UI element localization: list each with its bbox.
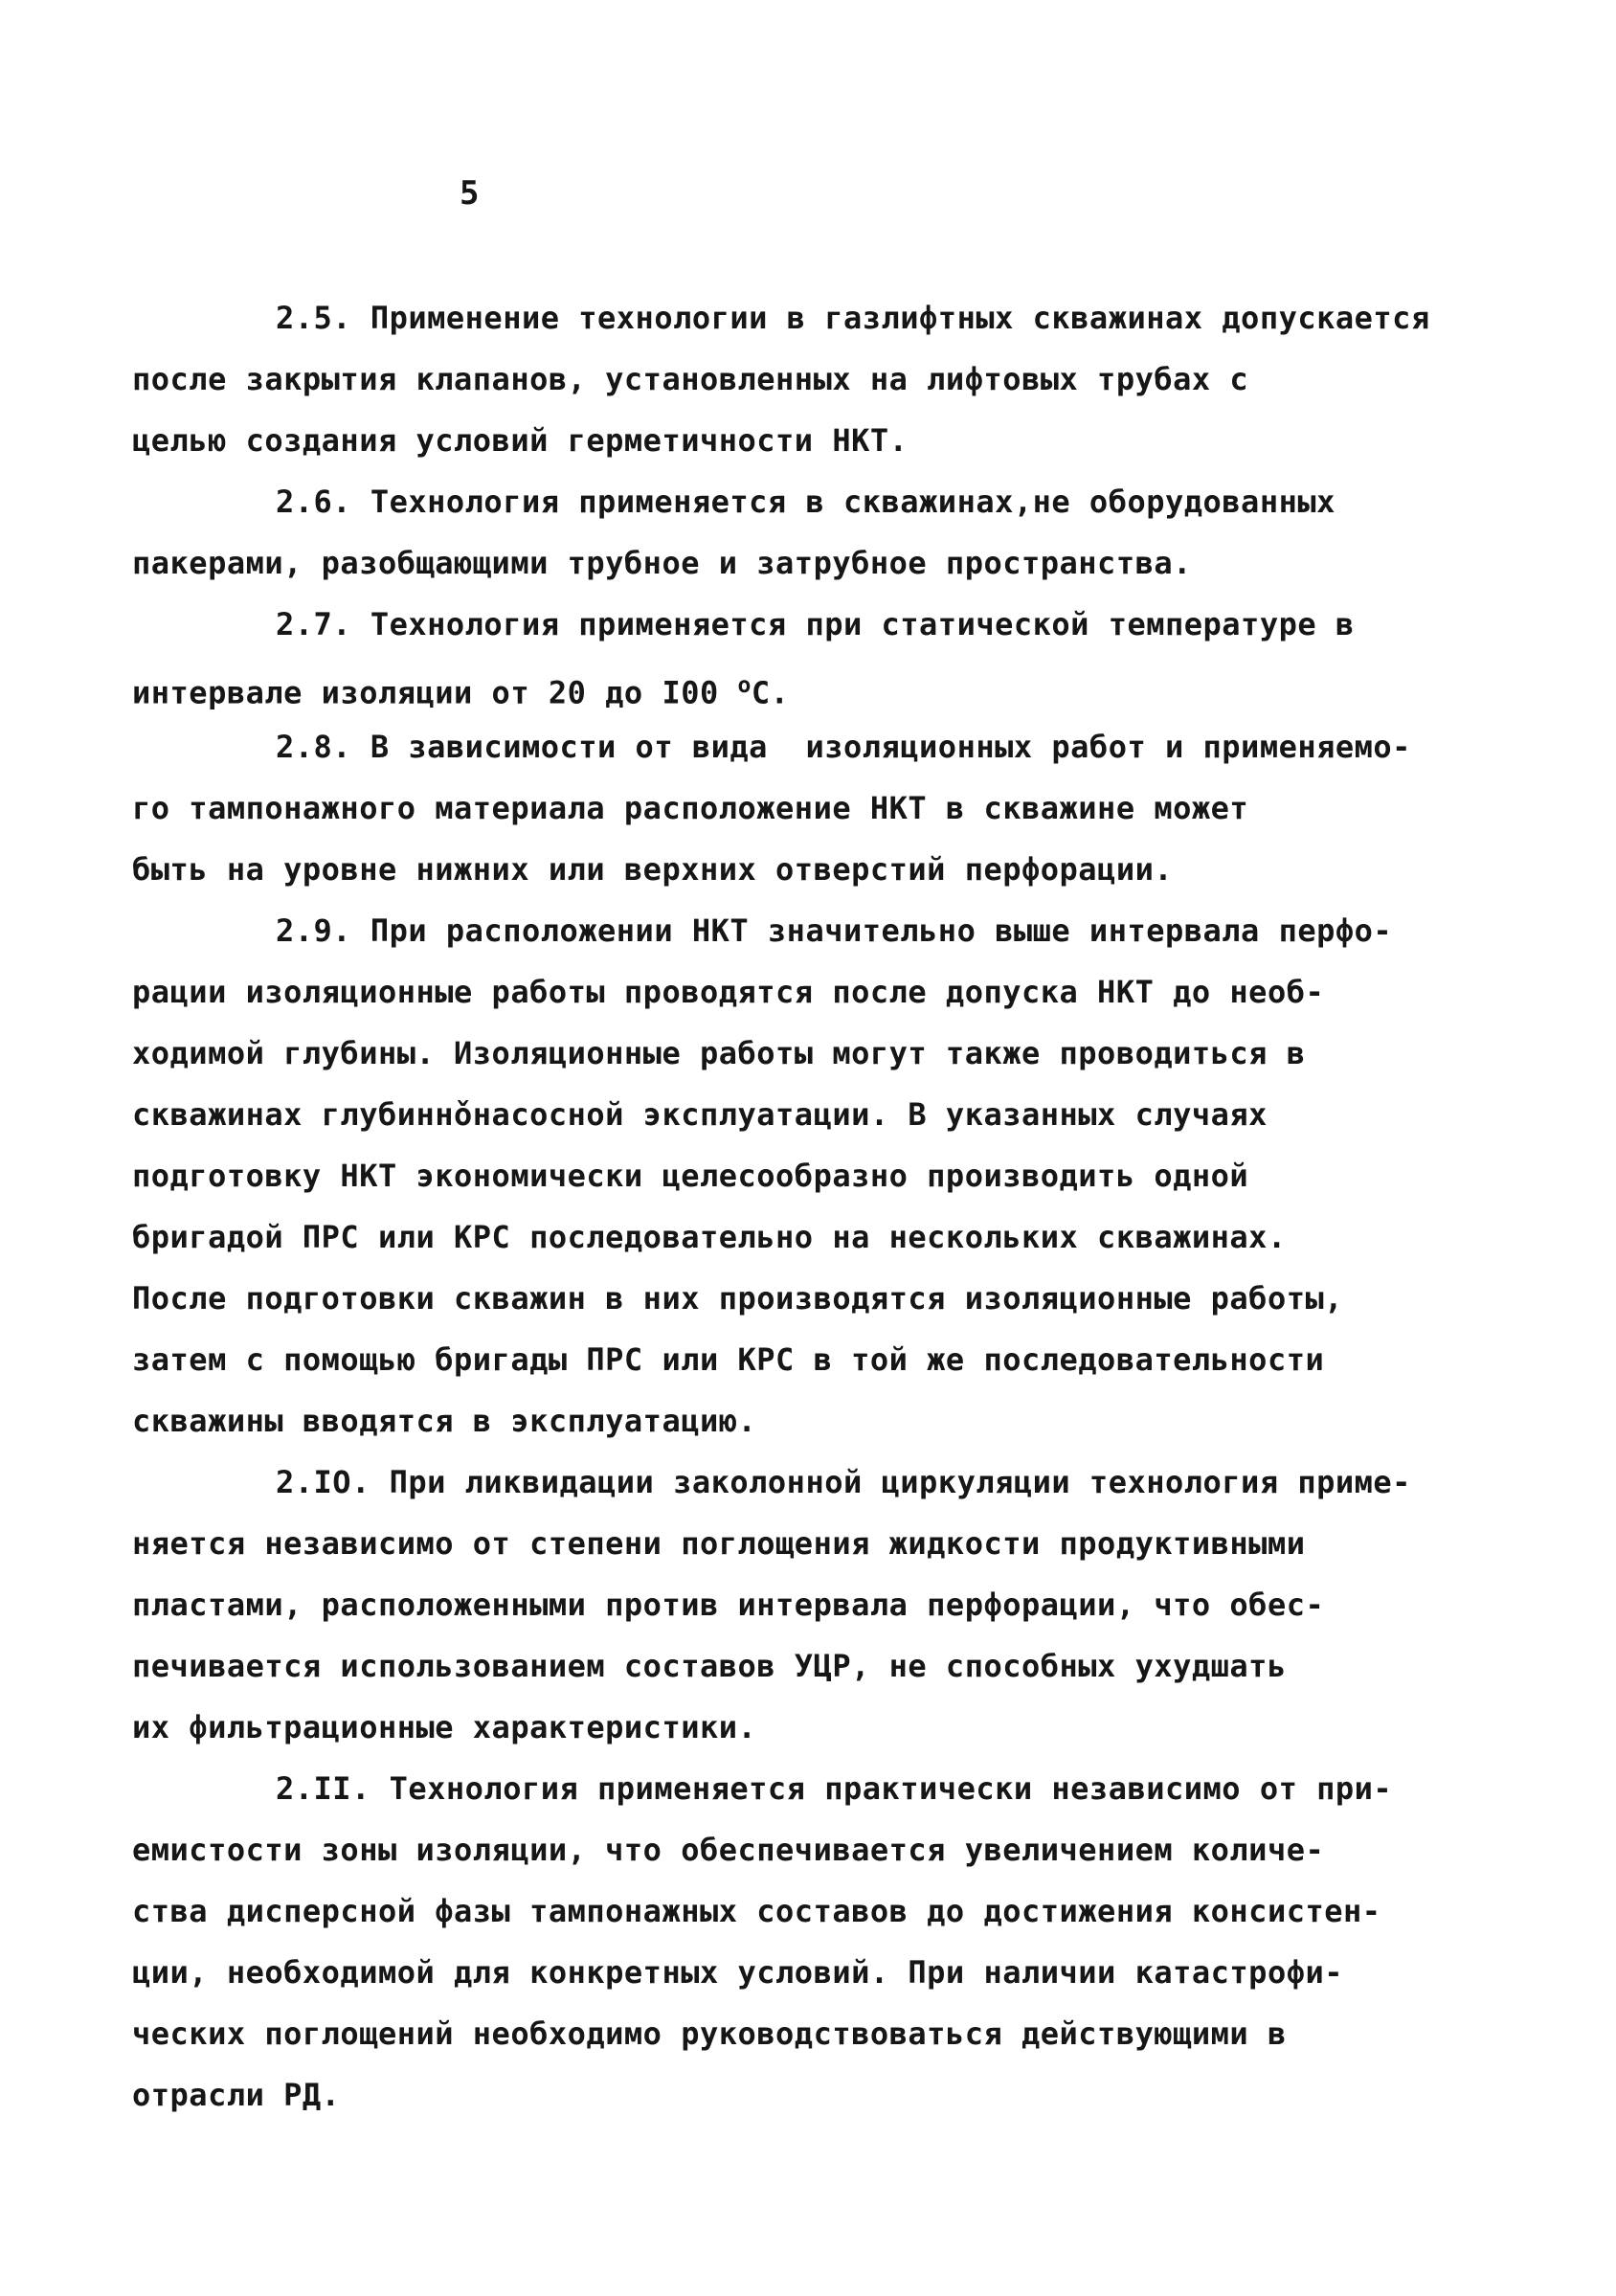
text-line: ства дисперсной фазы тампонажных составо… bbox=[132, 1880, 1501, 1942]
scanned-document-page: 5 2.5. Применение технологии в газлифтны… bbox=[0, 0, 1616, 2296]
text-line: ческих поглощений необходимо руководство… bbox=[132, 2003, 1501, 2064]
text-line: скважинах глубинно̌насосной эксплуатации… bbox=[132, 1084, 1501, 1145]
document-body: 2.5. Применение технологии в газлифтных … bbox=[132, 287, 1501, 2126]
text-line: няется независимо от степени поглощения … bbox=[132, 1513, 1501, 1574]
text-line: бригадой ПРС или КРС последовательно на … bbox=[132, 1206, 1501, 1268]
text-line: целью создания условий герметичности НКТ… bbox=[132, 410, 1501, 471]
text-line: 2.9. При расположении НКТ значительно вы… bbox=[132, 900, 1501, 961]
text-line: пластами, расположенными против интервал… bbox=[132, 1574, 1501, 1635]
text-line: 2.8. В зависимости от вида изоляционных … bbox=[132, 716, 1501, 777]
text-line: 2.5. Применение технологии в газлифтных … bbox=[132, 287, 1501, 349]
text-line: после закрытия клапанов, установленных н… bbox=[132, 349, 1501, 410]
text-line: затем с помощью бригады ПРС или КРС в то… bbox=[132, 1329, 1501, 1390]
text-line: скважины вводятся в эксплуатацию. bbox=[132, 1390, 1501, 1452]
text-line: интервале изоляции от 20 до I00 оС. bbox=[132, 655, 1501, 716]
text-segment: интервале изоляции от 20 до I00 bbox=[132, 675, 738, 711]
text-line: го тампонажного материала расположение Н… bbox=[132, 777, 1501, 839]
text-line: ции, необходимой для конкретных условий.… bbox=[132, 1942, 1501, 2003]
text-segment: С. bbox=[752, 675, 790, 711]
text-line: отрасли РД. bbox=[132, 2064, 1501, 2126]
text-line: быть на уровне нижних или верхних отверс… bbox=[132, 839, 1501, 900]
text-line: После подготовки скважин в них производя… bbox=[132, 1268, 1501, 1329]
text-line: 2.II. Технология применяется практически… bbox=[132, 1758, 1501, 1819]
text-line: печивается использованием составов УЦР, … bbox=[132, 1635, 1501, 1697]
text-line: 2.IO. При ликвидации заколонной циркуляц… bbox=[132, 1452, 1501, 1513]
text-line: подготовку НКТ экономически целесообразн… bbox=[132, 1145, 1501, 1206]
text-line: емистости зоны изоляции, что обеспечивае… bbox=[132, 1819, 1501, 1880]
text-line: их фильтрационные характеристики. bbox=[132, 1697, 1501, 1758]
text-line: пакерами, разобщающими трубное и затрубн… bbox=[132, 532, 1501, 594]
text-line: 2.6. Технология применяется в скважинах,… bbox=[132, 471, 1501, 532]
text-line: рации изоляционные работы проводятся пос… bbox=[132, 961, 1501, 1023]
degree-superscript: о bbox=[738, 673, 752, 698]
text-line: ходимой глубины. Изоляционные работы мог… bbox=[132, 1023, 1501, 1084]
text-line: 2.7. Технология применяется при статичес… bbox=[132, 594, 1501, 655]
page-number: 5 bbox=[460, 174, 480, 213]
